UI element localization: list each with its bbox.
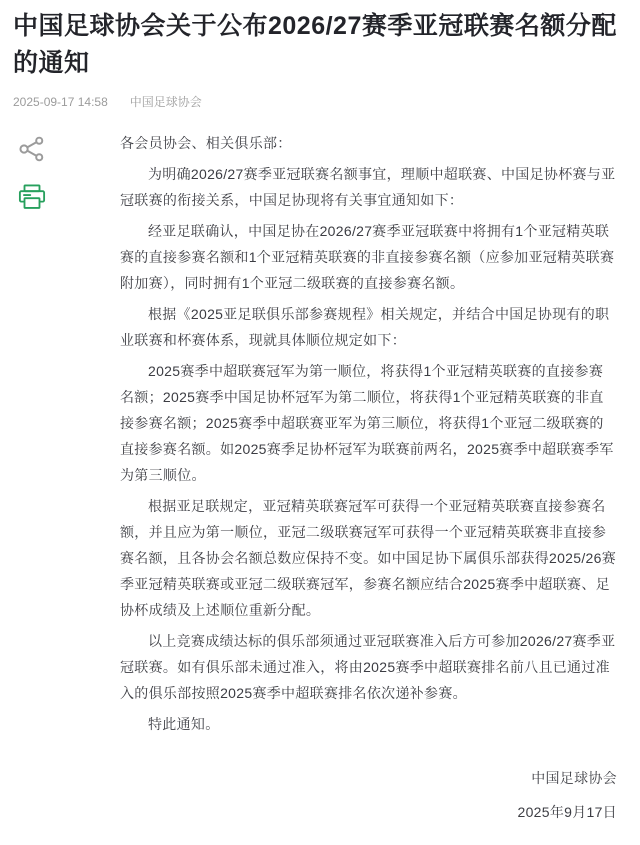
article-body-row: 各会员协会、相关俱乐部： 为明确2026/27赛季亚冠联赛名额事宜，理顺中超联赛… [0, 130, 640, 825]
closing-line: 特此通知。 [120, 711, 617, 737]
article-paragraph: 根据《2025亚足联俱乐部参赛规程》相关规定，并结合中国足协现有的职业联赛和杯赛… [120, 301, 617, 353]
article-meta: 2025-09-17 14:58 中国足球协会 [13, 93, 618, 110]
article-header: 中国足球协会关于公布2026/27赛季亚冠联赛名额分配的通知 2025-09-1… [0, 8, 640, 110]
signature-date: 2025年9月17日 [120, 799, 617, 825]
article-paragraph: 以上竞赛成绩达标的俱乐部须通过亚冠联赛准入后方可参加2026/27赛季亚冠联赛。… [120, 628, 617, 706]
share-button[interactable] [15, 134, 49, 164]
article-paragraph: 根据亚足联规定，亚冠精英联赛冠军可获得一个亚冠精英联赛直接参赛名额，并且应为第一… [120, 493, 617, 623]
article-content: 各会员协会、相关俱乐部： 为明确2026/27赛季亚冠联赛名额事宜，理顺中超联赛… [120, 130, 617, 825]
source-label: 中国足球协会 [130, 93, 202, 110]
print-button[interactable] [15, 182, 49, 212]
printer-icon [17, 183, 47, 211]
signature-org: 中国足球协会 [120, 765, 617, 791]
publish-timestamp: 2025-09-17 14:58 [13, 95, 108, 109]
notice-page: 中国足球协会关于公布2026/27赛季亚冠联赛名额分配的通知 2025-09-1… [0, 0, 640, 845]
page-title: 中国足球协会关于公布2026/27赛季亚冠联赛名额分配的通知 [13, 8, 618, 82]
article-paragraph: 经亚足联确认，中国足协在2026/27赛季亚冠联赛中将拥有1个亚冠精英联赛的直接… [120, 218, 617, 296]
action-rail [13, 130, 120, 825]
salutation-line: 各会员协会、相关俱乐部： [120, 130, 617, 156]
share-icon [18, 136, 46, 162]
article-paragraph: 为明确2026/27赛季亚冠联赛名额事宜，理顺中超联赛、中国足协杯赛与亚冠联赛的… [120, 161, 617, 213]
article-paragraph: 2025赛季中超联赛冠军为第一顺位，将获得1个亚冠精英联赛的直接参赛名额；202… [120, 358, 617, 488]
signature-block: 中国足球协会 2025年9月17日 [120, 765, 617, 825]
paragraph-list: 为明确2026/27赛季亚冠联赛名额事宜，理顺中超联赛、中国足协杯赛与亚冠联赛的… [120, 161, 617, 706]
